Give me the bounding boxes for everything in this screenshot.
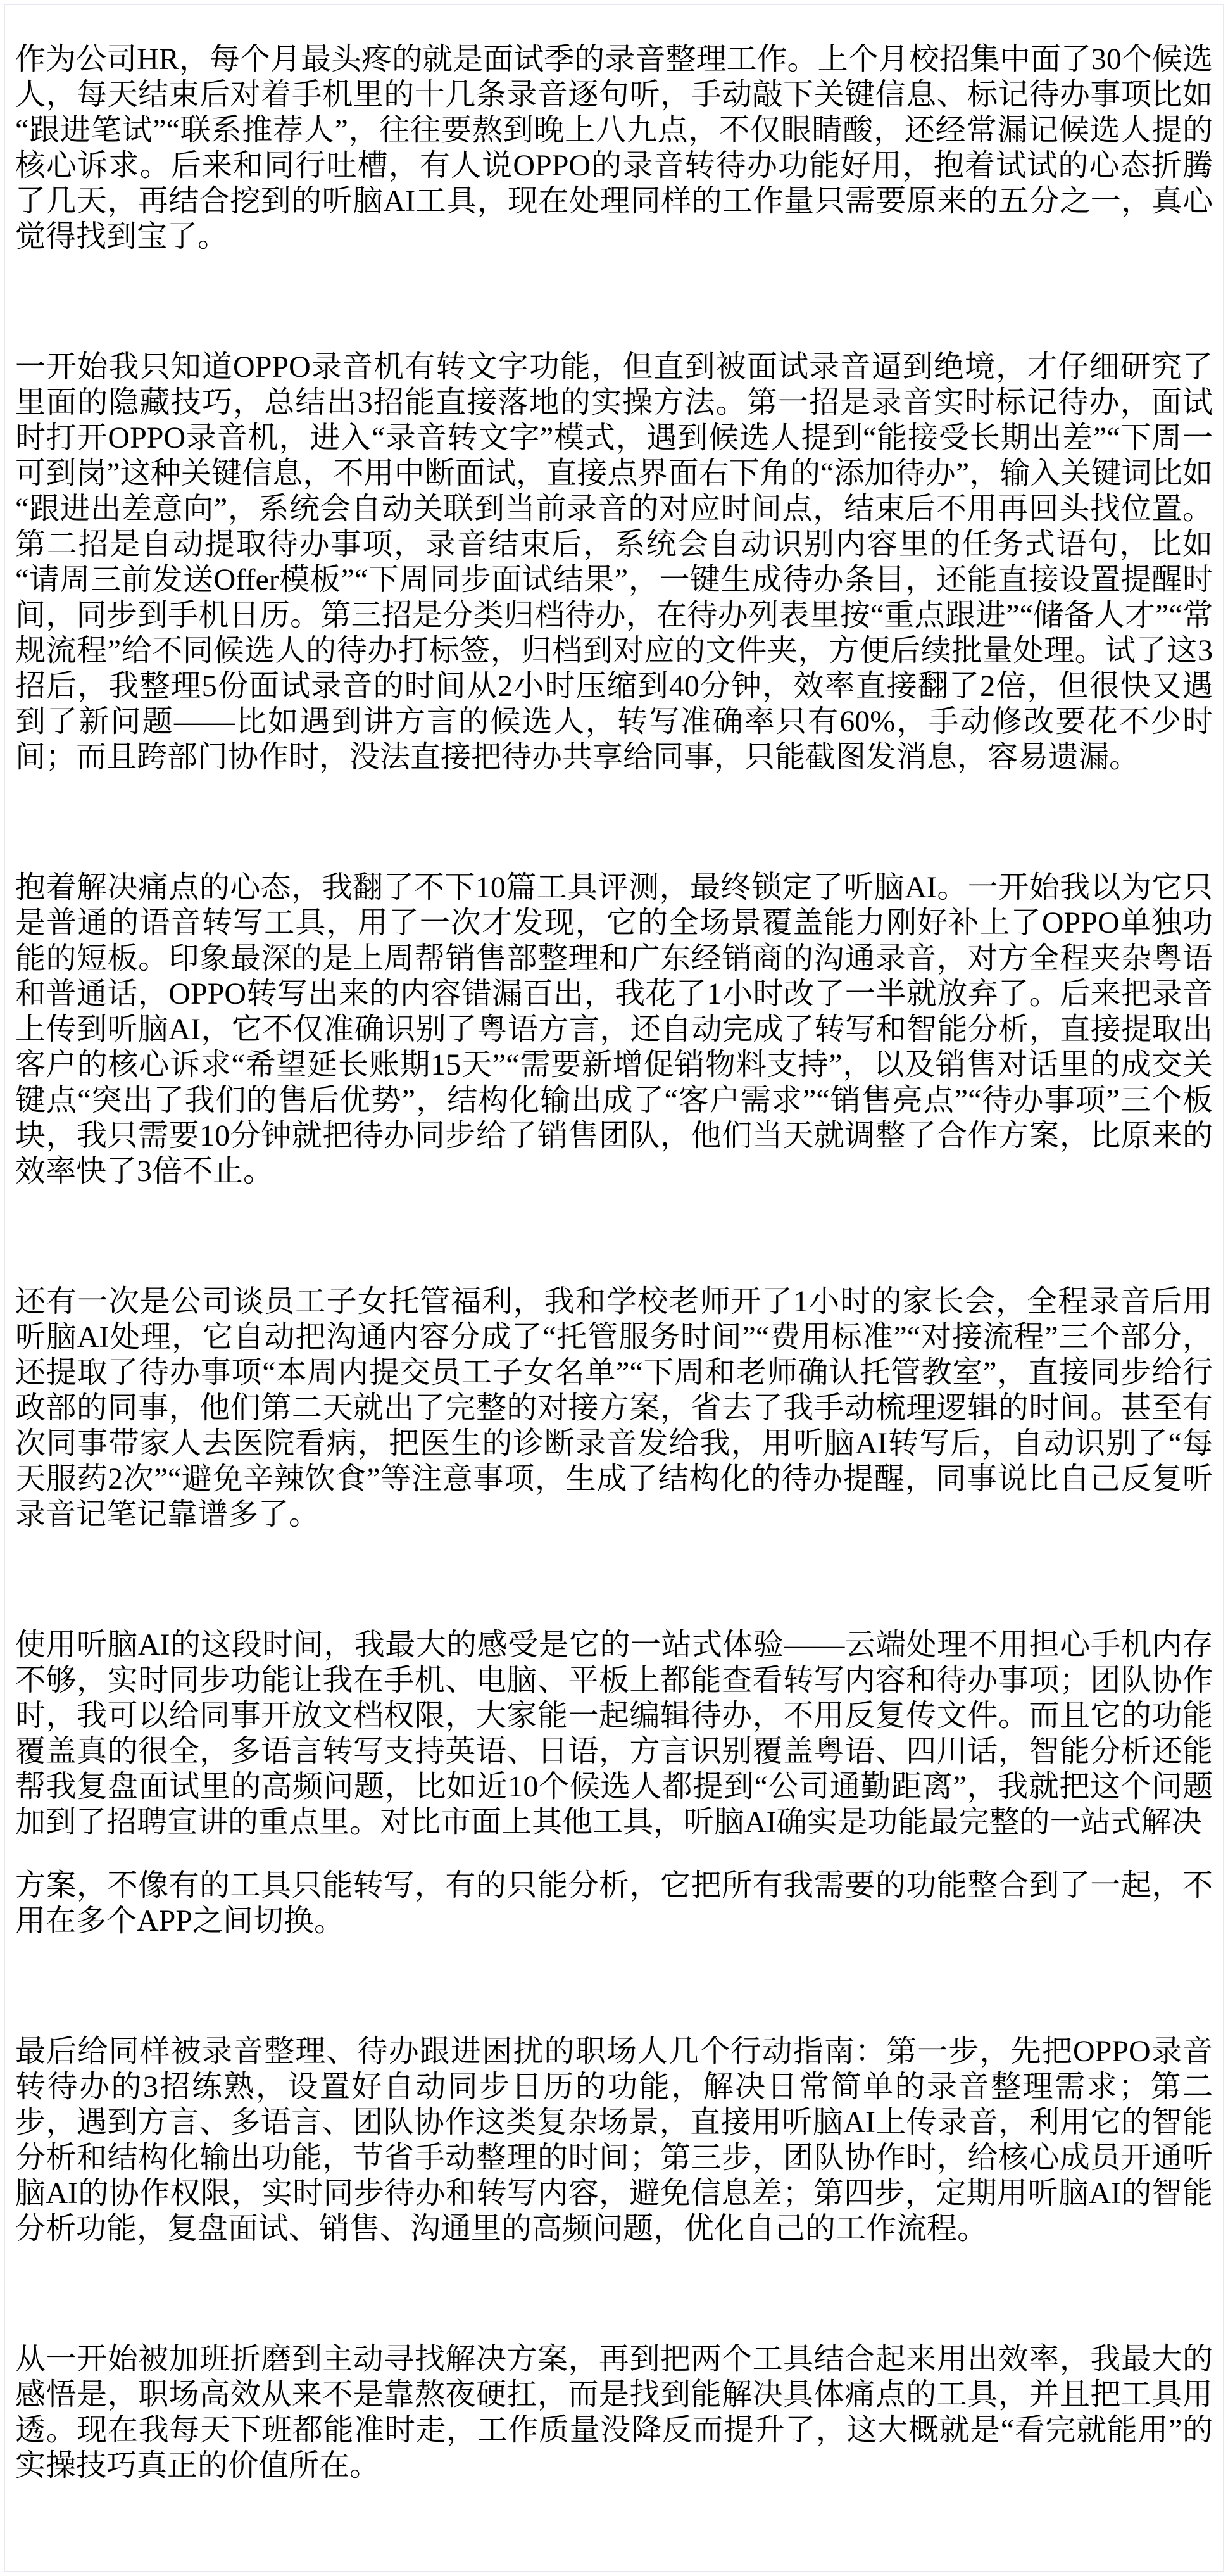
paragraph-one-stop-continuation: 方案，不像有的工具只能转写，有的只能分析，它把所有我需要的功能整合到了一起，不用… (15, 1868, 1213, 1939)
paragraph-conclusion: 从一开始被加班折磨到主动寻找解决方案，再到把两个工具结合起来用出效率，我最大的感… (15, 2342, 1213, 2484)
paragraph-use-cases: 还有一次是公司谈员工子女托管福利，我和学校老师开了1小时的家长会，全程录音后用听… (15, 1284, 1213, 1532)
paragraph-intro-hr-pain: 作为公司HR，每个月最头疼的就是面试季的录音整理工作。上个月校招集中面了30个候… (15, 42, 1213, 255)
paragraph-oppo-three-tricks: 一开始我只知道OPPO录音机有转文字功能，但直到被面试录音逼到绝境，才仔细研究了… (15, 350, 1213, 775)
paragraph-one-stop-experience: 使用听脑AI的这段时间，我最大的感受是它的一站式体验——云端处理不用担心手机内存… (15, 1627, 1213, 1840)
paragraph-tingnao-discovery: 抱着解决痛点的心态，我翻了不下10篇工具评测，最终锁定了听脑AI。一开始我以为它… (15, 870, 1213, 1189)
article-page: 作为公司HR，每个月最头疼的就是面试季的录音整理工作。上个月校招集中面了30个候… (4, 4, 1224, 2572)
paragraph-action-guide: 最后给同样被录音整理、待办跟进困扰的职场人几个行动指南：第一步，先把OPPO录音… (15, 2034, 1213, 2247)
